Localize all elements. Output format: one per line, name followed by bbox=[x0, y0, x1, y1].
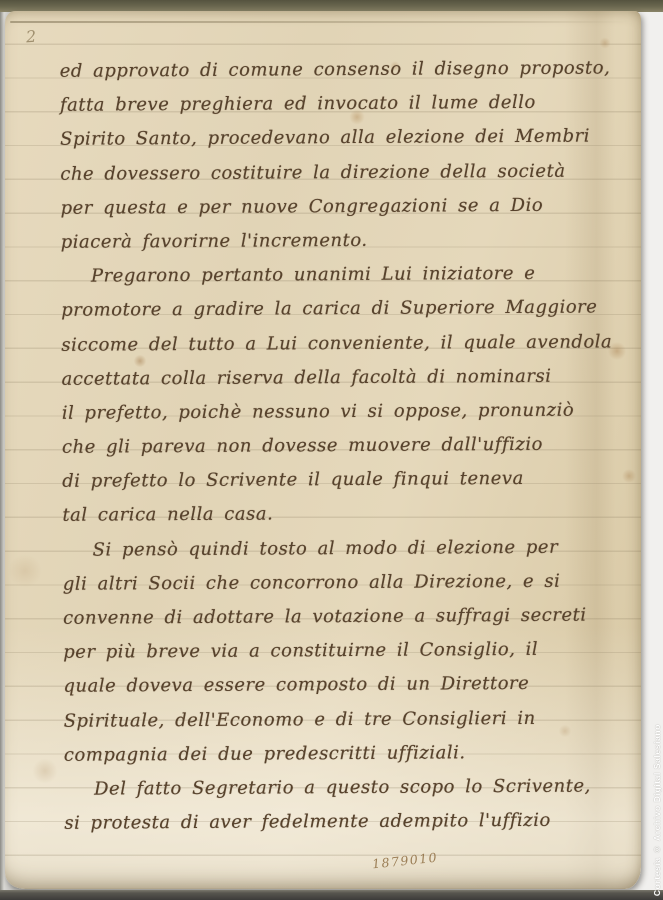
manuscript-line: accettata colla riserva della facoltà di… bbox=[61, 359, 639, 397]
manuscript-line: compagnia dei due predescritti uffiziali… bbox=[64, 735, 642, 773]
manuscript-line: Pregarono pertanto unanimi Lui iniziator… bbox=[61, 256, 639, 294]
manuscript-line: quale doveva essere composto di un Diret… bbox=[63, 667, 641, 705]
scan-bottom-shadow-band bbox=[0, 890, 663, 900]
manuscript-line: che dovessero costituire la direzione de… bbox=[60, 154, 638, 192]
manuscript-line: Si pensò quindi tosto al modo di elezion… bbox=[63, 530, 641, 568]
manuscript-line: Del fatto Segretario a questo scopo lo S… bbox=[64, 769, 642, 807]
scanned-document-image: 2 ed approvato di comune consenso il dis… bbox=[0, 0, 663, 900]
manuscript-line: piacerà favorirne l'incremento. bbox=[61, 222, 639, 260]
manuscript-line: Spirituale, dell'Economo e di tre Consig… bbox=[64, 701, 642, 739]
page-number: 2 bbox=[25, 27, 36, 47]
manuscript-line: Spirito Santo, procedevano alla elezione… bbox=[60, 120, 638, 158]
manuscript-line: il prefetto, poichè nessuno vi si oppose… bbox=[62, 393, 640, 431]
manuscript-line: di prefetto lo Scrivente il quale finqui… bbox=[62, 461, 640, 499]
manuscript-line: che gli pareva non dovesse muovere dall'… bbox=[62, 427, 640, 465]
manuscript-line: fatta breve preghiera ed invocato il lum… bbox=[60, 85, 638, 123]
under-sheet-edge bbox=[10, 21, 630, 23]
manuscript-line: siccome del tutto a Lui conveniente, il … bbox=[61, 325, 639, 363]
manuscript-line: gli altri Socii che concorrono alla Dire… bbox=[63, 564, 641, 602]
manuscript-line: promotore a gradire la carica di Superio… bbox=[61, 291, 639, 329]
manuscript-line: ed approvato di comune consenso il diseg… bbox=[60, 51, 638, 89]
manuscript-line: per più breve via a constituirne il Cons… bbox=[63, 632, 641, 670]
manuscript-text: ed approvato di comune consenso il diseg… bbox=[60, 51, 643, 841]
manuscript-line: per questa e per nuove Congregazioni se … bbox=[60, 188, 638, 226]
manuscript-line: si protesta di aver fedelmente adempito … bbox=[64, 803, 642, 841]
manuscript-line: tal carica nella casa. bbox=[62, 496, 640, 534]
copyright-watermark: Cortesía © Archivo Digital Salesiano bbox=[652, 724, 662, 896]
manuscript-line: convenne di adottare la votazione a suff… bbox=[63, 598, 641, 636]
